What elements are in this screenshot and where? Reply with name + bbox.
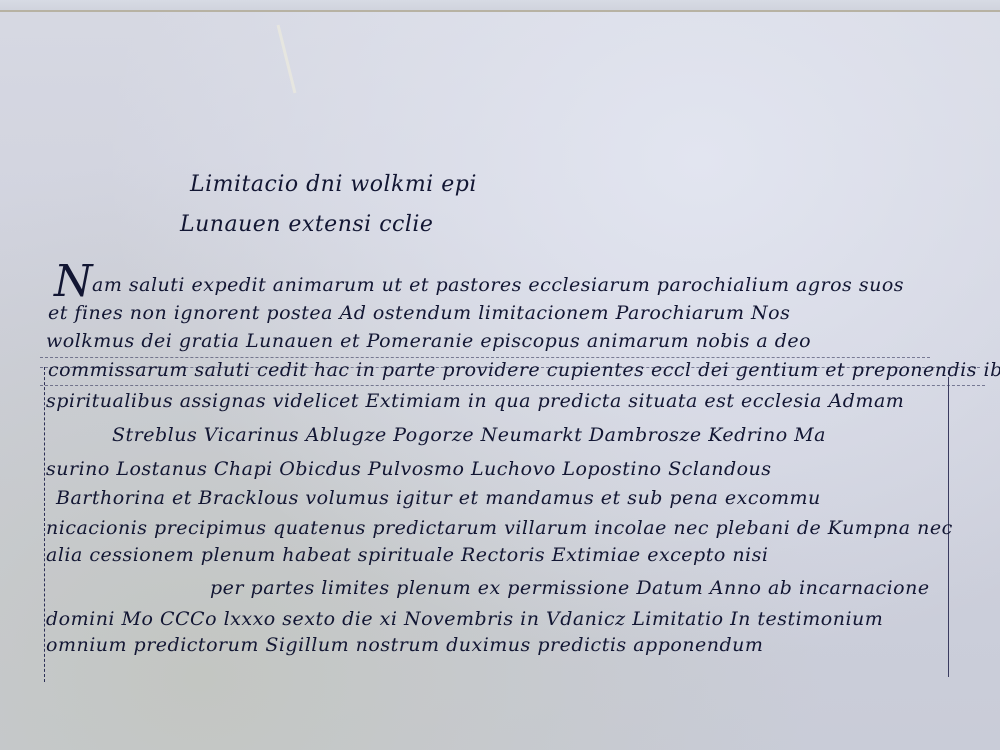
heading-line-2: Lunauen extensi cclie (180, 212, 433, 237)
text-line-10: alia cessionem plenum habeat spirituale … (46, 544, 768, 566)
text-line-12: domini Mo CCCo lxxxo sexto die xi Novemb… (46, 608, 883, 630)
text-line-11: per partes limites plenum ex permissione… (210, 577, 930, 599)
text-line-7: surino Lostanus Chapi Obicdus Pulvosmo L… (46, 458, 772, 480)
text-line-8: Barthorina et Bracklous volumus igitur e… (56, 487, 821, 509)
text-line-6: Streblus Vicarinus Ablugze Pogorze Neuma… (112, 424, 826, 446)
initial-letter: N (54, 256, 93, 307)
text-line-1: am saluti expedit animarum ut et pastore… (92, 274, 904, 296)
text-line-13: omnium predictorum Sigillum nostrum duxi… (46, 634, 763, 656)
manuscript-page: Limitacio dni wolkmi epi Lunauen extensi… (0, 10, 1000, 750)
ruling-line (40, 357, 930, 358)
text-line-9: nicacionis precipimus quatenus predictar… (46, 517, 953, 539)
text-line-4: commissarum saluti cedit hac in parte pr… (48, 359, 1000, 381)
text-line-2: et fines non ignorent postea Ad ostendum… (48, 302, 790, 324)
paper-fold-mark (277, 25, 297, 94)
ruling-line (40, 385, 985, 386)
text-line-3: wolkmus dei gratia Lunauen et Pomeranie … (46, 330, 811, 352)
heading-line-1: Limitacio dni wolkmi epi (190, 172, 477, 197)
text-line-5: spiritualibus assignas videlicet Extimia… (46, 390, 904, 412)
